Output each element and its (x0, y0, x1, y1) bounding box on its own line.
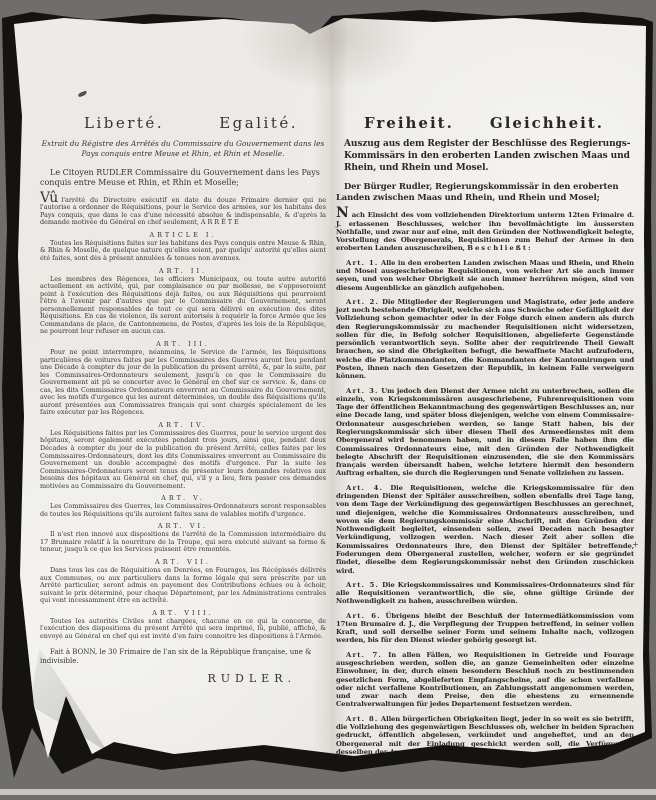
scanner-bed-strip (0, 789, 656, 795)
french-article: ART. V. Les Commissaires des Guerres, le… (40, 494, 326, 518)
french-article-body: Toutes les autorités Civiles sont chargé… (40, 618, 326, 641)
french-article-body: Pour ne point interrompre, néanmoins, le… (40, 349, 326, 417)
french-article-heading: ART. VII. (40, 558, 326, 566)
french-preamble-close: ARRÊTE (201, 218, 241, 226)
german-article-body: Die Requisitionen, welche die Kriegskomm… (336, 484, 634, 575)
french-article-heading: ART. VIII. (40, 609, 326, 617)
german-article-body: Die Mitglieder der Regierungen und Magis… (336, 298, 634, 381)
german-article-body: In allen Fällen, wo Requisitionen in Get… (336, 651, 634, 709)
ink-speck (78, 91, 88, 98)
french-article-body: Les Commissaires des Guerres, les Commis… (40, 503, 326, 518)
german-dateline: Geschehen Bonn, den 30 Frimaire, 6ten Ja… (336, 764, 634, 783)
french-article-heading: ART. III. (40, 340, 326, 348)
german-article: Art. 3. Um jedoch den Dienst der Armee n… (336, 387, 634, 478)
german-article-heading: Art. 7. (346, 651, 382, 659)
motto-egalite: Egalité. (219, 114, 298, 132)
german-column: Freiheit. Gleichheit. Auszug aus dem Reg… (336, 114, 634, 800)
paper-sheet: + Liberté. Egalité. Extrait du Régistre … (14, 16, 646, 766)
french-subtitle: Extrait du Régistre des Arrêtés du Commi… (40, 139, 326, 159)
german-article: Art. 6. Übrigens bleibt der Beschluß der… (336, 612, 634, 645)
french-intro: Le Citoyen RUDLER Commissaire du Gouvern… (40, 168, 326, 189)
french-article: ARTICLE I. Toutes les Réquisitions faite… (40, 231, 326, 263)
german-subtitle: Auszug aus dem Register der Beschlüsse d… (336, 138, 634, 174)
german-article-heading: Art. 2. (346, 298, 379, 306)
french-articles: ARTICLE I. Toutes les Réquisitions faite… (40, 231, 326, 640)
german-article-heading: Art. 3. (346, 387, 379, 395)
german-article-heading: Art. 1. (346, 259, 378, 267)
french-article-body: Il n'est rien innové aux dispositions de… (40, 531, 326, 554)
german-article-body: Um jedoch den Dienst der Armee nicht zu … (336, 387, 634, 478)
german-mottos: Freiheit. Gleichheit. (336, 114, 634, 132)
french-signature: RUDLER. (40, 672, 326, 685)
french-mottos: Liberté. Egalité. (40, 114, 326, 132)
french-article-heading: ART. V. (40, 494, 326, 502)
german-article-heading: Art. 8. (346, 715, 378, 723)
motto-freiheit: Freiheit. (364, 114, 454, 132)
german-article-body: Alle in den eroberten Landen zwischen Ma… (336, 259, 634, 292)
german-article-body: Die Kriegskommissaires und Kommissaires-… (336, 581, 634, 606)
german-preamble-close: Beschließt: (467, 244, 532, 252)
german-article-body: Übrigens bleibt der Beschluß der Interme… (336, 612, 634, 645)
french-article: ART. II. Les membres des Régences, les o… (40, 267, 326, 336)
scanned-document-page: + Liberté. Egalité. Extrait du Régistre … (0, 0, 656, 800)
french-article: ART. VIII. Toutes les autorités Civiles … (40, 609, 326, 641)
german-article: Art. 7. In allen Fällen, wo Requisitione… (336, 651, 634, 709)
german-article: Art. 1. Alle in den eroberten Landen zwi… (336, 259, 634, 292)
french-article: ART. IV. Les Réquisitions faites par les… (40, 421, 326, 490)
french-preamble: Vûl'arrêté du Directoire exécutif en dat… (40, 197, 326, 227)
french-article-body: Toutes les Réquisitions faites sur les h… (40, 240, 326, 263)
french-article-body: Dans tous les cas de Réquisitions en Den… (40, 567, 326, 605)
french-article-heading: ART. II. (40, 267, 326, 275)
french-preamble-body: l'arrêté du Directoire exécutif en date … (40, 196, 326, 227)
motto-gleichheit: Gleichheit. (490, 114, 604, 132)
french-article-heading: ARTICLE I. (40, 231, 326, 239)
german-articles: Art. 1. Alle in den eroberten Landen zwi… (336, 259, 634, 756)
french-article-heading: ART. IV. (40, 421, 326, 429)
german-article-heading: Art. 6. (346, 612, 381, 620)
german-article: Art. 2. Die Mitglieder der Regierungen u… (336, 298, 634, 381)
french-article: ART. VI. Il n'est rien innové aux dispos… (40, 522, 326, 554)
german-article: Art. 5. Die Kriegskommissaires und Kommi… (336, 581, 634, 606)
german-preamble: Nach Einsicht des vom vollziehenden Dire… (336, 211, 634, 252)
french-article-body: Les Réquisitions faites par les Commissa… (40, 430, 326, 490)
french-article-body: Les membres des Régences, les officiers … (40, 276, 326, 336)
french-column: Liberté. Egalité. Extrait du Régistre de… (40, 114, 326, 685)
french-dateline: Fait à BONN, le 30 Frimaire de l'an six … (40, 648, 326, 666)
french-article-heading: ART. VI. (40, 522, 326, 530)
motto-liberte: Liberté. (84, 114, 164, 132)
german-intro: Der Bürger Rudler, Regierungskommissär i… (336, 181, 634, 203)
german-article-heading: Art. 4. (346, 484, 383, 492)
german-article-heading: Art. 5. (346, 581, 379, 589)
french-article: ART. III. Pour ne point interrompre, néa… (40, 340, 326, 417)
french-article: ART. VII. Dans tous les cas de Réquisiti… (40, 558, 326, 605)
german-article: Art. 4. Die Requisitionen, welche die Kr… (336, 484, 634, 575)
